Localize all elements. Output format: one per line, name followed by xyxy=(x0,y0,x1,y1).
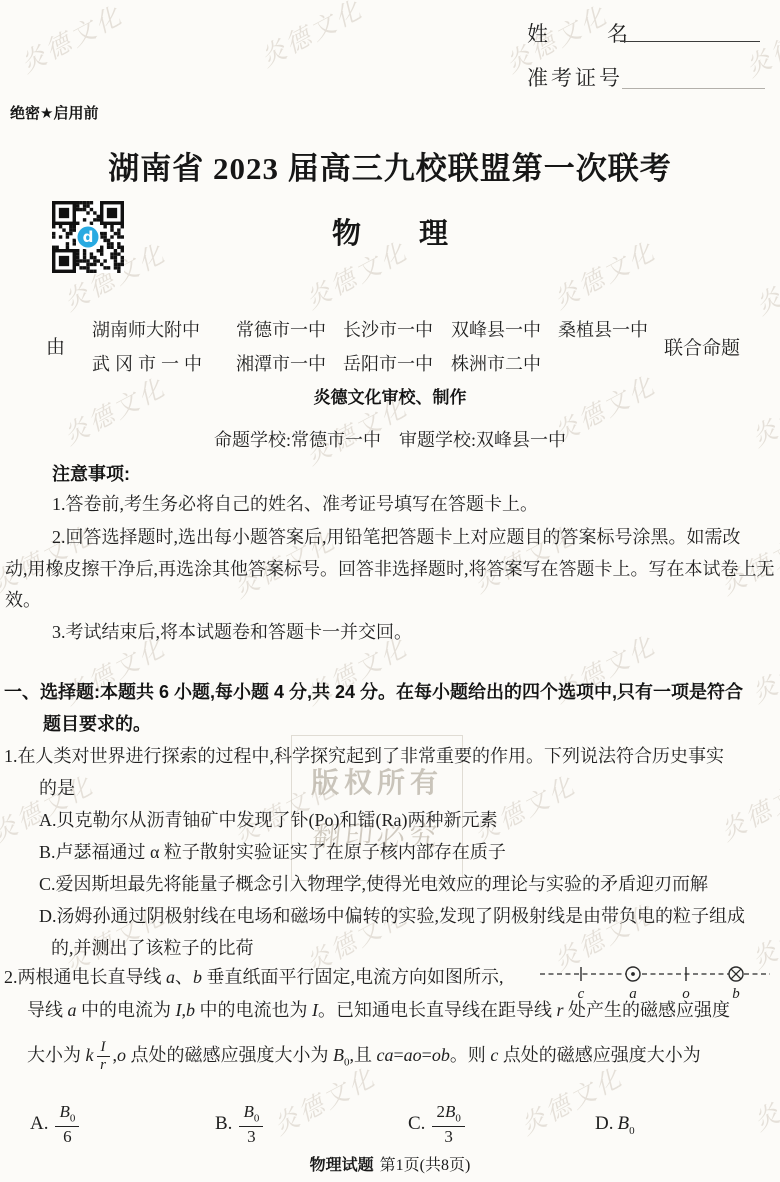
q2-option-A: A.B06 xyxy=(30,1098,82,1150)
school-name: 常德市一中 xyxy=(236,316,326,342)
text-line: 3.考试结束后,将本试题卷和答题卡一并交回。 xyxy=(52,621,412,644)
school-name: 双峰县一中 xyxy=(451,316,541,342)
text-line: 题目要求的。 xyxy=(43,713,151,736)
ticket-label: 准考证号 xyxy=(527,62,623,92)
byline-prefix: 由 xyxy=(46,332,65,359)
text-line: A.贝克勒尔从沥青铀矿中发现了钋(Po)和镭(Ra)两种新元素 xyxy=(39,809,497,832)
ticket-underline xyxy=(622,67,765,89)
fraction: 2B03 xyxy=(432,1103,464,1146)
produced-by-line: 炎德文化审校、制作 xyxy=(0,383,780,408)
school-name: 湖南师大附中 xyxy=(92,316,200,342)
text-line: B.卢瑟福通过 α 粒子散射实验证实了在原子核内部存在质子 xyxy=(39,841,506,864)
school-name: 株洲市二中 xyxy=(451,350,541,376)
watermark-text: 炎德文化 xyxy=(13,0,129,80)
text-line: 的,并测出了该粒子的比荷 xyxy=(51,937,254,960)
page-footer: 物理试题第1页(共8页) xyxy=(0,1152,780,1175)
school-name: 岳阳市一中 xyxy=(343,350,433,376)
svg-text:a: a xyxy=(629,986,637,1002)
question-line: 大小为 kIr,o 点处的磁感应强度大小为 B0,且 ca=ao=ob。则 c … xyxy=(27,1031,701,1087)
school-name: 长沙市一中 xyxy=(343,316,433,342)
exam-paper-page: 炎德文化炎德文化炎德文化炎德文化炎德文化炎德文化炎德文化炎德文化炎德文化炎德文化… xyxy=(0,0,780,1182)
footer-doc-name: 物理试题 xyxy=(310,1157,374,1174)
q2-option-C: C.2B03 xyxy=(408,1098,468,1150)
secrecy-notice: 绝密★启用前 xyxy=(10,102,98,123)
text-line: 的是 xyxy=(39,777,75,800)
text-line: 一、选择题:本题共 6 小题,每小题 4 分,共 24 分。在每小题给出的四个选… xyxy=(4,681,743,704)
q2-wires-diagram: caob xyxy=(530,956,780,1002)
svg-text:b: b xyxy=(732,986,740,1002)
subject-title: 物理 xyxy=(0,211,780,252)
watermark-text: 炎德文化 xyxy=(253,0,369,74)
watermark-text: 炎德文化 xyxy=(744,626,780,710)
text-line: 2.回答选择题时,选出每小题答案后,用铅笔把答题卡上对应题目的答案标号涂黑。如需… xyxy=(52,526,741,549)
watermark-text: 炎德文化 xyxy=(466,766,582,850)
q2-option-D: D.B0 xyxy=(595,1098,635,1157)
text-line: 注意事项: xyxy=(52,463,130,486)
text-line: C.爱因斯坦最先将能量子概念引入物理学,使得光电效应的理论与实验的矛盾迎刃而解 xyxy=(39,873,708,896)
name-label-1: 姓 xyxy=(527,18,548,48)
name-underline xyxy=(620,20,760,42)
proposer-line: 命题学校:常德市一中 审题学校:双峰县一中 xyxy=(0,426,780,452)
watermark-text: 炎德文化 xyxy=(713,764,780,848)
text-line: 效。 xyxy=(5,589,41,612)
fraction: B03 xyxy=(239,1103,263,1146)
school-name: 桑植县一中 xyxy=(558,316,648,342)
watermark-text: 炎德文化 xyxy=(746,1054,780,1138)
school-name: 武冈市一中 xyxy=(92,350,207,376)
question-line: 2.两根通电长直导线 a、b 垂直纸面平行固定,电流方向如图所示, xyxy=(4,966,504,989)
question-line: 导线 a 中的电流为 I,b 中的电流也为 I。已知通电长直导线在距导线 r 处… xyxy=(27,999,730,1022)
q2-option-B: B.B03 xyxy=(215,1098,266,1150)
school-name: 湘潭市一中 xyxy=(236,350,326,376)
fraction: Ir xyxy=(97,1040,110,1075)
footer-page-number: 第1页(共8页) xyxy=(380,1157,471,1174)
byline-suffix: 联合命题 xyxy=(664,333,740,360)
fraction: B06 xyxy=(55,1103,79,1146)
exam-title: 湖南省 2023 届高三九校联盟第一次联考 xyxy=(0,143,780,188)
svg-text:o: o xyxy=(682,986,690,1002)
text-line: 动,用橡皮擦干净后,再选涂其他答案标号。回答非选择题时,将答案写在答题卡上。写在… xyxy=(5,558,775,581)
text-line: 1.在人类对世界进行探索的过程中,科学探究起到了非常重要的作用。下列说法符合历史… xyxy=(4,745,724,768)
text-line: 1.答卷前,考生务必将自己的姓名、准考证号填写在答题卡上。 xyxy=(52,493,538,516)
svg-text:c: c xyxy=(578,986,585,1002)
text-line: D.汤姆孙通过阴极射线在电场和磁场中偏转的实验,发现了阴极射线是由带负电的粒子组… xyxy=(39,905,745,928)
